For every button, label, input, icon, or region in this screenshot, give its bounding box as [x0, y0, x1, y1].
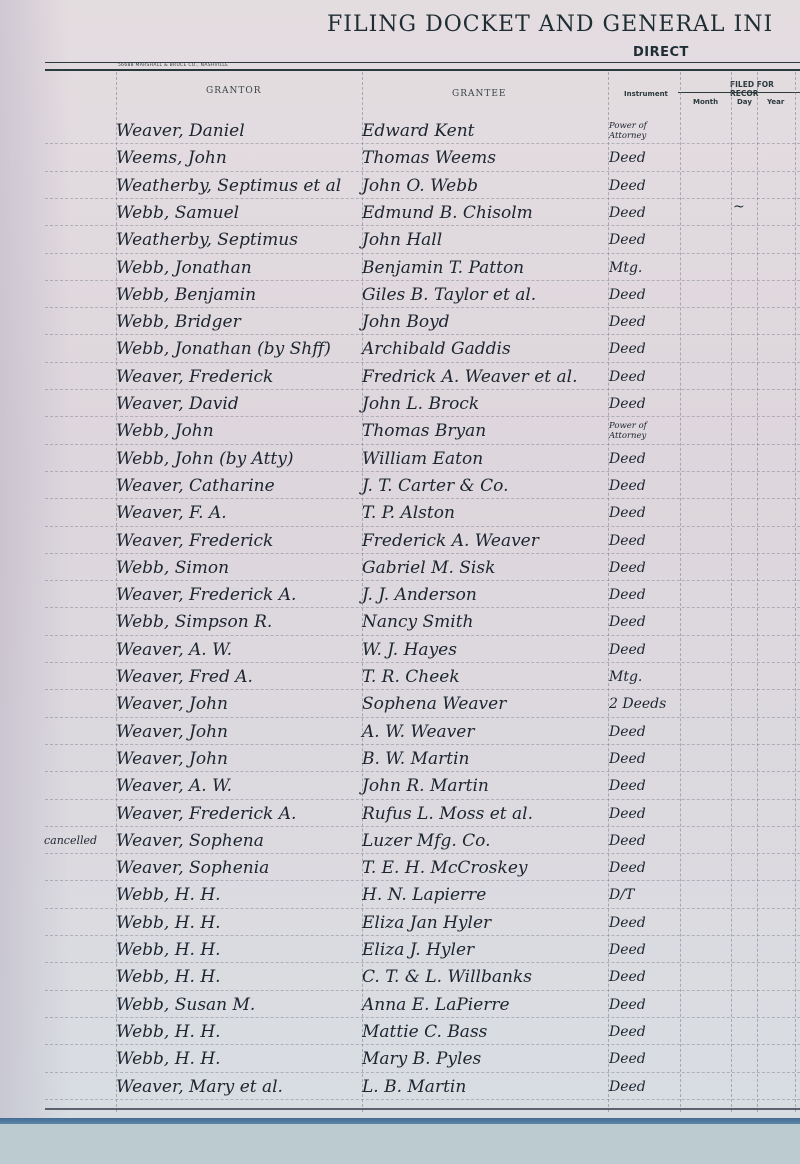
table-row: Webb, H. H.C. T. & L. WillbanksDeed: [0, 964, 800, 991]
instrument-cell: Deed: [609, 446, 646, 473]
grantor-cell: Weaver, Daniel: [116, 118, 245, 145]
table-row: Weaver, A. W.John R. MartinDeed: [0, 773, 800, 800]
grantor-cell: Webb, Simon: [116, 555, 229, 582]
grantor-cell: Weatherby, Septimus et al: [116, 173, 341, 200]
instrument-cell: Deed: [609, 773, 646, 800]
grantor-cell: Weaver, Catharine: [116, 473, 275, 500]
instrument-cell: Deed: [609, 637, 646, 664]
instrument-cell: Power of Attorney: [609, 121, 669, 141]
instrument-cell: Deed: [609, 173, 646, 200]
grantee-cell: Mattie C. Bass: [362, 1019, 487, 1046]
table-row: Weaver, JohnSophena Weaver2 Deeds: [0, 691, 800, 718]
grantor-cell: Weaver, A. W.: [116, 773, 232, 800]
grantor-cell: Webb, H. H.: [116, 1019, 221, 1046]
grantor-cell: Webb, Bridger: [116, 309, 241, 336]
table-row: Webb, BenjaminGiles B. Taylor et al.Deed: [0, 282, 800, 309]
grantor-cell: Webb, Samuel: [116, 200, 239, 227]
column-header-year: Year: [767, 98, 784, 106]
grantor-cell: Webb, John: [116, 418, 214, 445]
instrument-cell: Deed: [609, 473, 646, 500]
instrument-cell: Deed: [609, 828, 646, 855]
grantor-cell: Weaver, David: [116, 391, 239, 418]
grantee-cell: W. J. Hayes: [362, 637, 457, 664]
grantee-cell: Thomas Weems: [362, 145, 496, 172]
table-row: Webb, H. H.Eliza Jan HylerDeed: [0, 910, 800, 937]
grantor-cell: Webb, H. H.: [116, 910, 221, 937]
grantee-cell: L. B. Martin: [362, 1074, 466, 1101]
paper-edge: [0, 1118, 800, 1124]
column-header-grantor: GRANTOR: [206, 86, 262, 96]
table-row: Weaver, FrederickFrederick A. WeaverDeed: [0, 528, 800, 555]
table-row: Webb, Simpson R.Nancy SmithDeed: [0, 609, 800, 636]
table-row: Webb, John (by Atty)William EatonDeed: [0, 446, 800, 473]
column-header-filed-for-record: FILED FOR RECOR: [730, 80, 800, 98]
instrument-cell: Deed: [609, 609, 646, 636]
grantor-cell: Weaver, Mary et al.: [116, 1074, 283, 1101]
instrument-cell: Deed: [609, 910, 646, 937]
instrument-cell: Deed: [609, 746, 646, 773]
instrument-cell: Deed: [609, 336, 646, 363]
table-row: Weaver, CatharineJ. T. Carter & Co.Deed: [0, 473, 800, 500]
grantor-cell: Weaver, John: [116, 746, 228, 773]
grantor-cell: Weems, John: [116, 145, 227, 172]
grantee-cell: B. W. Martin: [362, 746, 470, 773]
column-header-day: Day: [737, 98, 752, 106]
grantee-cell: Edmund B. Chisolm: [362, 200, 533, 227]
column-header-month: Month: [693, 98, 718, 106]
grantee-cell: Edward Kent: [362, 118, 474, 145]
column-header-instrument: Instrument: [624, 90, 668, 98]
instrument-cell: Deed: [609, 801, 646, 828]
instrument-cell: Deed: [609, 555, 646, 582]
grantor-cell: Weaver, Sophena: [116, 828, 264, 855]
grantee-cell: T. R. Cheek: [362, 664, 460, 691]
table-row: Weaver, Frederick A.Rufus L. Moss et al.…: [0, 801, 800, 828]
table-row: Webb, H. H.Mattie C. BassDeed: [0, 1019, 800, 1046]
grantor-cell: Weaver, Frederick: [116, 364, 273, 391]
instrument-cell: Deed: [609, 391, 646, 418]
table-row: Weaver, DanielEdward KentPower of Attorn…: [0, 118, 800, 145]
grantor-cell: Webb, John (by Atty): [116, 446, 293, 473]
instrument-cell: Deed: [609, 1074, 646, 1101]
table-row: Webb, Jonathan (by Shff)Archibald Gaddis…: [0, 336, 800, 363]
docket-subtitle: DIRECT: [633, 45, 689, 60]
grantee-cell: Mary B. Pyles: [362, 1046, 481, 1073]
grantor-cell: Webb, Jonathan: [116, 255, 252, 282]
grantor-cell: Webb, Simpson R.: [116, 609, 272, 636]
instrument-cell: Deed: [609, 582, 646, 609]
instrument-cell: D/T: [609, 882, 634, 909]
grantee-cell: T. P. Alston: [362, 500, 455, 527]
table-row: Weaver, SopheniaT. E. H. McCroskeyDeed: [0, 855, 800, 882]
table-row: Weaver, DavidJohn L. BrockDeed: [0, 391, 800, 418]
grantor-cell: Weaver, Sophenia: [116, 855, 269, 882]
table-row: Webb, SimonGabriel M. SiskDeed: [0, 555, 800, 582]
table-row: Weems, JohnThomas WeemsDeed: [0, 145, 800, 172]
grantee-cell: Rufus L. Moss et al.: [362, 801, 533, 828]
grantee-cell: J. T. Carter & Co.: [362, 473, 509, 500]
header-rule-double: [45, 69, 800, 71]
instrument-cell: Deed: [609, 227, 646, 254]
instrument-cell: Deed: [609, 937, 646, 964]
instrument-cell: Deed: [609, 1019, 646, 1046]
table-row: Weaver, JohnB. W. MartinDeed: [0, 746, 800, 773]
instrument-cell: Deed: [609, 1046, 646, 1073]
table-row: Weaver, F. A.T. P. AlstonDeed: [0, 500, 800, 527]
table-row: Weatherby, Septimus et alJohn O. WebbDee…: [0, 173, 800, 200]
grantor-cell: Webb, H. H.: [116, 964, 221, 991]
table-row: Webb, BridgerJohn BoydDeed: [0, 309, 800, 336]
table-row: Weaver, Frederick A.J. J. AndersonDeed: [0, 582, 800, 609]
docket-title: FILING DOCKET AND GENERAL INI: [327, 12, 773, 37]
grantee-cell: A. W. Weaver: [362, 719, 474, 746]
instrument-cell: Deed: [609, 992, 646, 1019]
instrument-cell: Deed: [609, 528, 646, 555]
instrument-cell: Mtg.: [609, 255, 642, 282]
grantee-cell: Frederick A. Weaver: [362, 528, 539, 555]
handwritten-tick-mark: ~: [733, 199, 745, 215]
grantee-cell: Eliza J. Hyler: [362, 937, 474, 964]
grantee-cell: John L. Brock: [362, 391, 479, 418]
grantee-cell: Anna E. LaPierre: [362, 992, 510, 1019]
grantor-cell: Webb, Jonathan (by Shff): [116, 336, 331, 363]
instrument-cell: Mtg.: [609, 664, 642, 691]
table-row: Weaver, JohnA. W. WeaverDeed: [0, 719, 800, 746]
grantee-cell: Eliza Jan Hyler: [362, 910, 491, 937]
grantee-cell: Nancy Smith: [362, 609, 473, 636]
grantor-cell: Weaver, Frederick: [116, 528, 273, 555]
bottom-rule: [45, 1108, 800, 1110]
grantor-cell: Webb, H. H.: [116, 937, 221, 964]
grantee-cell: Luzer Mfg. Co.: [362, 828, 491, 855]
instrument-cell: Deed: [609, 500, 646, 527]
grantor-cell: Weaver, A. W.: [116, 637, 232, 664]
grantee-cell: William Eaton: [362, 446, 483, 473]
grantee-cell: Giles B. Taylor et al.: [362, 282, 536, 309]
table-row: Webb, H. H.H. N. LapierreD/T: [0, 882, 800, 909]
table-row: Weaver, Mary et al.L. B. MartinDeed: [0, 1074, 800, 1101]
instrument-cell: Deed: [609, 282, 646, 309]
table-row: Webb, H. H.Eliza J. HylerDeed: [0, 937, 800, 964]
table-row: Weatherby, SeptimusJohn HallDeed: [0, 227, 800, 254]
table-row: Webb, JonathanBenjamin T. PattonMtg.: [0, 255, 800, 282]
margin-note: cancelled: [44, 834, 97, 847]
column-header-grantee: GRANTEE: [452, 89, 506, 99]
table-row: Webb, JohnThomas BryanPower of Attorney: [0, 418, 800, 445]
grantee-cell: T. E. H. McCroskey: [362, 855, 527, 882]
grantee-cell: John R. Martin: [362, 773, 489, 800]
printer-imprint: 56688 MARSHALL & BRUCE CO., NASHVILLE: [118, 63, 228, 68]
grantor-cell: Webb, H. H.: [116, 1046, 221, 1073]
grantee-cell: J. J. Anderson: [362, 582, 477, 609]
table-row: Webb, SamuelEdmund B. ChisolmDeed: [0, 200, 800, 227]
grantee-cell: Gabriel M. Sisk: [362, 555, 495, 582]
grantor-cell: Weaver, John: [116, 691, 228, 718]
grantee-cell: Archibald Gaddis: [362, 336, 511, 363]
grantee-cell: H. N. Lapierre: [362, 882, 486, 909]
instrument-cell: Deed: [609, 964, 646, 991]
instrument-cell: Deed: [609, 719, 646, 746]
grantor-cell: Weaver, Frederick A.: [116, 582, 296, 609]
table-row: Weaver, SophenaLuzer Mfg. Co.Deedcancell…: [0, 828, 800, 855]
grantee-cell: Thomas Bryan: [362, 418, 486, 445]
docket-page: FILING DOCKET AND GENERAL INI DIRECT 566…: [0, 0, 800, 1118]
table-row: Weaver, FrederickFredrick A. Weaver et a…: [0, 364, 800, 391]
grantee-cell: Sophena Weaver: [362, 691, 506, 718]
grantor-cell: Webb, Benjamin: [116, 282, 256, 309]
instrument-cell: 2 Deeds: [609, 691, 666, 718]
grantee-cell: John Boyd: [362, 309, 450, 336]
filed-header-rule: [678, 92, 800, 93]
grantor-cell: Weaver, F. A.: [116, 500, 227, 527]
instrument-cell: Deed: [609, 145, 646, 172]
grantor-cell: Webb, Susan M.: [116, 992, 255, 1019]
grantee-cell: John O. Webb: [362, 173, 478, 200]
grantee-cell: Fredrick A. Weaver et al.: [362, 364, 578, 391]
grantor-cell: Weaver, Frederick A.: [116, 801, 296, 828]
table-row: Webb, Susan M.Anna E. LaPierreDeed: [0, 992, 800, 1019]
grantee-cell: C. T. & L. Willbanks: [362, 964, 532, 991]
grantee-cell: Benjamin T. Patton: [362, 255, 524, 282]
grantor-cell: Weaver, John: [116, 719, 228, 746]
grantor-cell: Weaver, Fred A.: [116, 664, 253, 691]
instrument-cell: Power of Attorney: [609, 421, 669, 441]
grantor-cell: Weatherby, Septimus: [116, 227, 298, 254]
instrument-cell: Deed: [609, 200, 646, 227]
instrument-cell: Deed: [609, 364, 646, 391]
table-row: Weaver, Fred A.T. R. CheekMtg.: [0, 664, 800, 691]
grantee-cell: John Hall: [362, 227, 442, 254]
table-row: Weaver, A. W.W. J. HayesDeed: [0, 637, 800, 664]
instrument-cell: Deed: [609, 855, 646, 882]
grantor-cell: Webb, H. H.: [116, 882, 221, 909]
instrument-cell: Deed: [609, 309, 646, 336]
table-row: Webb, H. H.Mary B. PylesDeed: [0, 1046, 800, 1073]
